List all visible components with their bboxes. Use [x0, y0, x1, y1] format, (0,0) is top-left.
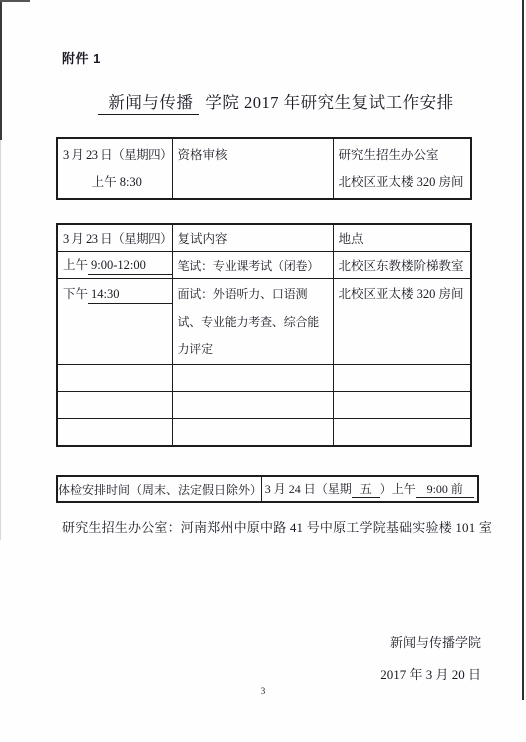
afternoon-prefix: 下午 [63, 287, 88, 301]
qualification-location-room: 北校区亚太楼 320 房间 [339, 169, 470, 196]
health-check-value-cell: 3 月 24 日（星期五）上午9:00 前 [261, 476, 478, 502]
qualification-datetime-cell: 3 月 23 日（星期四） 上午 8:30 [57, 138, 172, 199]
signature-date: 2017 年 3 月 20 日 [380, 664, 481, 683]
empty-row [57, 364, 471, 391]
empty-cell [333, 418, 471, 446]
empty-row [57, 391, 471, 418]
retest-morning-row: 上午9:00-12:00 笔试：专业课考试（闭卷） 北校区东教楼阶梯教室 [57, 252, 471, 279]
morning-prefix: 上午 [63, 258, 88, 272]
qualification-location-office: 研究生招生办公室 [339, 142, 470, 169]
title-rest: 学院 2017 年研究生复试工作安排 [205, 93, 453, 112]
health-check-date-prefix: 3 月 24 日（星期 [265, 482, 352, 496]
retest-header-row: 3 月 23 日（星期四） 复试内容 地点 [57, 224, 471, 252]
empty-cell [172, 391, 333, 418]
health-check-weekday-blank: 五 [352, 481, 380, 498]
afternoon-time-blank: 14:30 [88, 285, 172, 304]
retest-morning-location-cell: 北校区东教楼阶梯教室 [333, 252, 471, 279]
morning-time-blank: 9:00-12:00 [88, 256, 172, 275]
empty-cell [172, 364, 333, 391]
retest-afternoon-time-cell: 下午14:30 [57, 279, 172, 365]
empty-cell [57, 391, 172, 418]
scan-artifact-top-line [0, 0, 30, 2]
retest-afternoon-content-cell: 面试：外语听力、口语测试、专业能力考查、综合能力评定 [172, 279, 333, 365]
scan-artifact-left-faint-line [0, 140, 1, 540]
retest-schedule-table: 3 月 23 日（星期四） 复试内容 地点 上午9:00-12:00 笔试：专业… [56, 223, 472, 447]
admissions-office-address: 研究生招生办公室：河南郑州中原中路 41 号中原工学院基础实验楼 101 室 [62, 517, 492, 536]
empty-cell [333, 364, 471, 391]
empty-cell [172, 418, 333, 446]
empty-row [57, 418, 471, 446]
empty-cell [333, 391, 471, 418]
health-check-time-blank: 9:00 前 [416, 481, 474, 498]
health-check-label-cell: 体检安排时间（周末、法定假日除外） [57, 476, 261, 502]
qualification-content-cell: 资格审核 [172, 138, 333, 199]
qualification-date: 3 月 23 日（星期四） [63, 142, 171, 169]
document-title: 新闻与传播学院 2017 年研究生复试工作安排 [26, 89, 526, 115]
qualification-review-table: 3 月 23 日（星期四） 上午 8:30 资格审核 研究生招生办公室 北校区亚… [56, 137, 472, 200]
retest-afternoon-location-cell: 北校区亚太楼 320 房间 [333, 279, 471, 365]
retest-header-content: 复试内容 [172, 224, 333, 252]
document-footer: 新闻与传播学院 2017 年 3 月 20 日 [380, 632, 481, 683]
retest-header-date: 3 月 23 日（星期四） [57, 224, 172, 252]
retest-morning-content-cell: 笔试：专业课考试（闭卷） [172, 252, 333, 279]
page-number: 3 [0, 686, 526, 696]
title-school-name-underlined: 新闻与传播 [98, 89, 199, 115]
table-row: 3 月 23 日（星期四） 上午 8:30 资格审核 研究生招生办公室 北校区亚… [57, 138, 471, 199]
empty-cell [57, 364, 172, 391]
empty-cell [57, 418, 172, 446]
retest-morning-time-cell: 上午9:00-12:00 [57, 252, 172, 279]
retest-header-location: 地点 [333, 224, 471, 252]
signature: 新闻与传播学院 [380, 632, 481, 651]
qualification-time: 上午 8:30 [63, 169, 171, 196]
health-check-row: 体检安排时间（周末、法定假日除外） 3 月 24 日（星期五）上午9:00 前 [57, 476, 478, 502]
health-check-mid: ）上午 [380, 482, 416, 496]
attachment-label: 附件 1 [62, 48, 101, 67]
scan-artifact-left-line [0, 0, 2, 140]
document-page: 附件 1 新闻与传播学院 2017 年研究生复试工作安排 3 月 23 日（星期… [0, 0, 526, 742]
retest-afternoon-row: 下午14:30 面试：外语听力、口语测试、专业能力考查、综合能力评定 北校区亚太… [57, 279, 471, 365]
health-check-table: 体检安排时间（周末、法定假日除外） 3 月 24 日（星期五）上午9:00 前 [56, 475, 479, 503]
qualification-location-cell: 研究生招生办公室 北校区亚太楼 320 房间 [333, 138, 471, 199]
